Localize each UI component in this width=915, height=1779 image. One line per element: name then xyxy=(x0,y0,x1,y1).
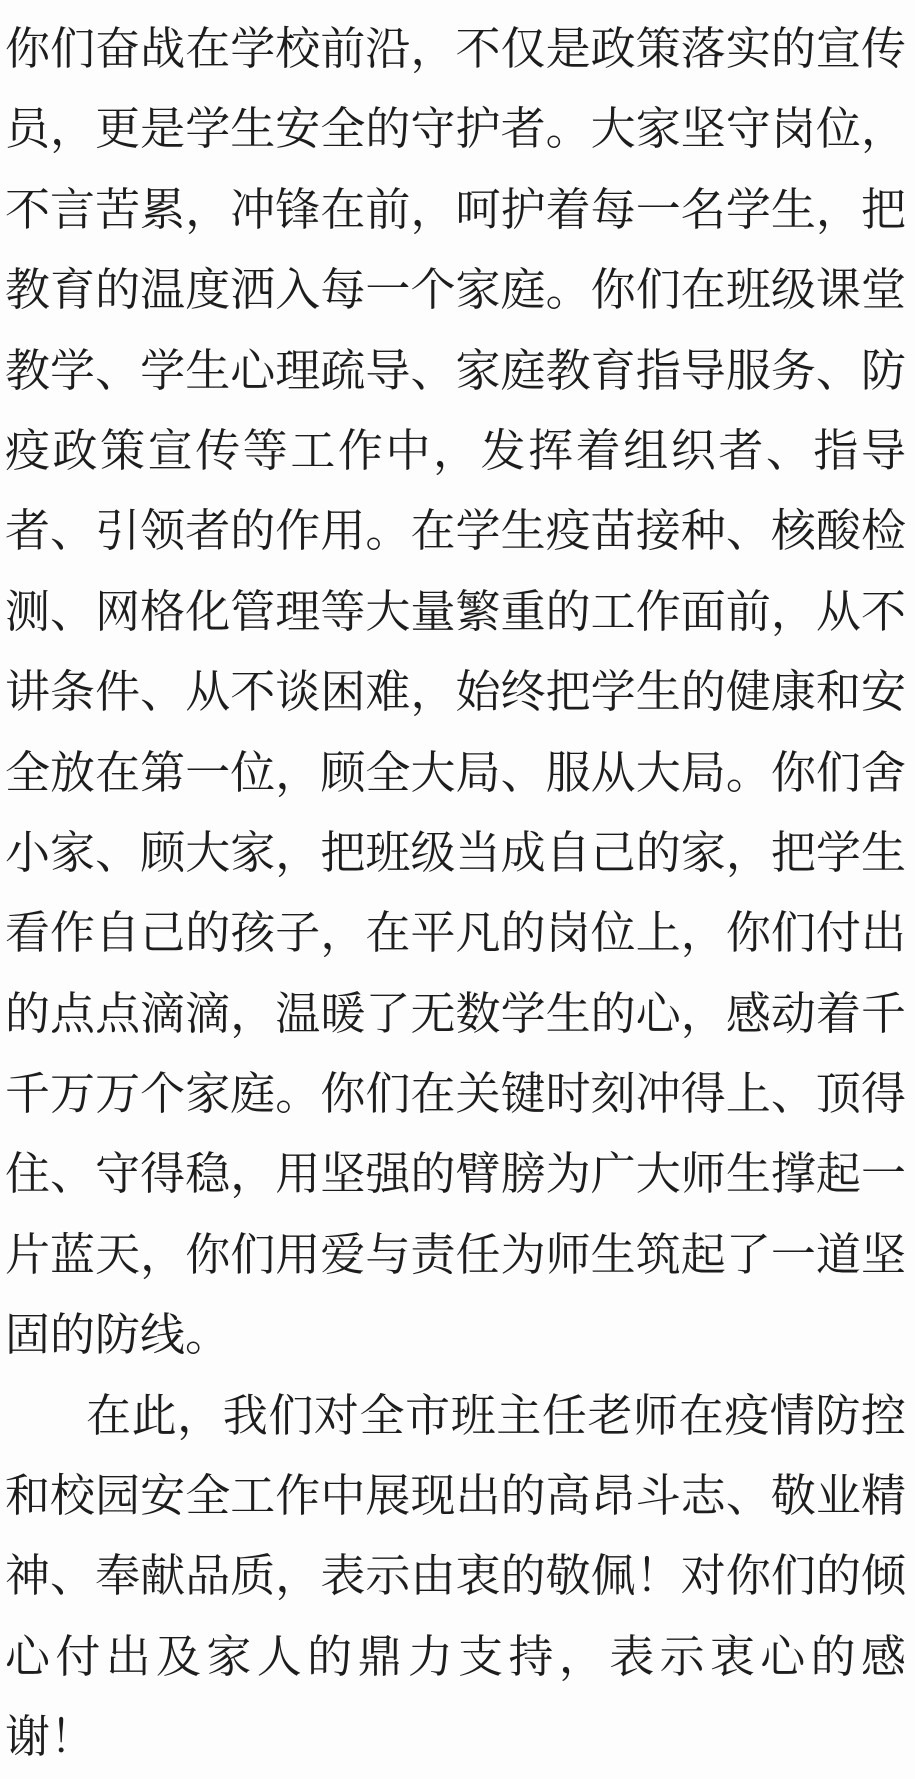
article-text: 你们奋战在学校前沿，不仅是政策落实的宣传员，更是学生安全的守护者。大家坚守岗位，… xyxy=(5,9,906,1778)
text-line: 看作自己的孩子，在平凡的岗位上，你们付出 xyxy=(5,893,906,973)
text-line: 者、引领者的作用。在学生疫苗接种、核酸检 xyxy=(5,491,906,571)
text-line: 全放在第一位，顾全大局、服从大局。你们舍 xyxy=(5,733,906,813)
text-line: 不言苦累，冲锋在前，呵护着每一名学生，把 xyxy=(5,170,906,250)
text-line: 教学、学生心理疏导、家庭教育指导服务、防 xyxy=(5,331,906,411)
text-line: 神、奉献品质，表示由衷的敬佩！对你们的倾 xyxy=(5,1536,906,1616)
text-line: 住、守得稳，用坚强的臂膀为广大师生撑起一 xyxy=(5,1134,906,1214)
text-line: 固的防线。 xyxy=(5,1295,906,1375)
text-line: 讲条件、从不谈困难，始终把学生的健康和安 xyxy=(5,652,906,732)
paragraph-1: 你们奋战在学校前沿，不仅是政策落实的宣传员，更是学生安全的守护者。大家坚守岗位，… xyxy=(5,9,906,1376)
text-line: 谢！ xyxy=(5,1697,906,1777)
text-line: 和校园安全工作中展现出的高昂斗志、敬业精 xyxy=(5,1456,906,1536)
text-line: 千万万个家庭。你们在关键时刻冲得上、顶得 xyxy=(5,1054,906,1134)
text-line: 片蓝天，你们用爱与责任为师生筑起了一道坚 xyxy=(5,1215,906,1295)
paragraph-2: 在此，我们对全市班主任老师在疫情防控和校园安全工作中展现出的高昂斗志、敬业精神、… xyxy=(5,1376,906,1778)
text-line: 小家、顾大家，把班级当成自己的家，把学生 xyxy=(5,813,906,893)
text-line: 教育的温度洒入每一个家庭。你们在班级课堂 xyxy=(5,250,906,330)
text-line: 员，更是学生安全的守护者。大家坚守岗位， xyxy=(5,89,906,169)
article-page: 你们奋战在学校前沿，不仅是政策落实的宣传员，更是学生安全的守护者。大家坚守岗位，… xyxy=(0,0,915,1779)
text-line: 测、网格化管理等大量繁重的工作面前，从不 xyxy=(5,572,906,652)
text-line: 心付出及家人的鼎力支持，表示衷心的感 xyxy=(5,1617,906,1697)
text-line: 的点点滴滴，温暖了无数学生的心，感动着千 xyxy=(5,974,906,1054)
text-line: 你们奋战在学校前沿，不仅是政策落实的宣传 xyxy=(5,9,906,89)
text-line: 在此，我们对全市班主任老师在疫情防控 xyxy=(5,1376,906,1456)
text-line: 疫政策宣传等工作中，发挥着组织者、指导 xyxy=(5,411,906,491)
